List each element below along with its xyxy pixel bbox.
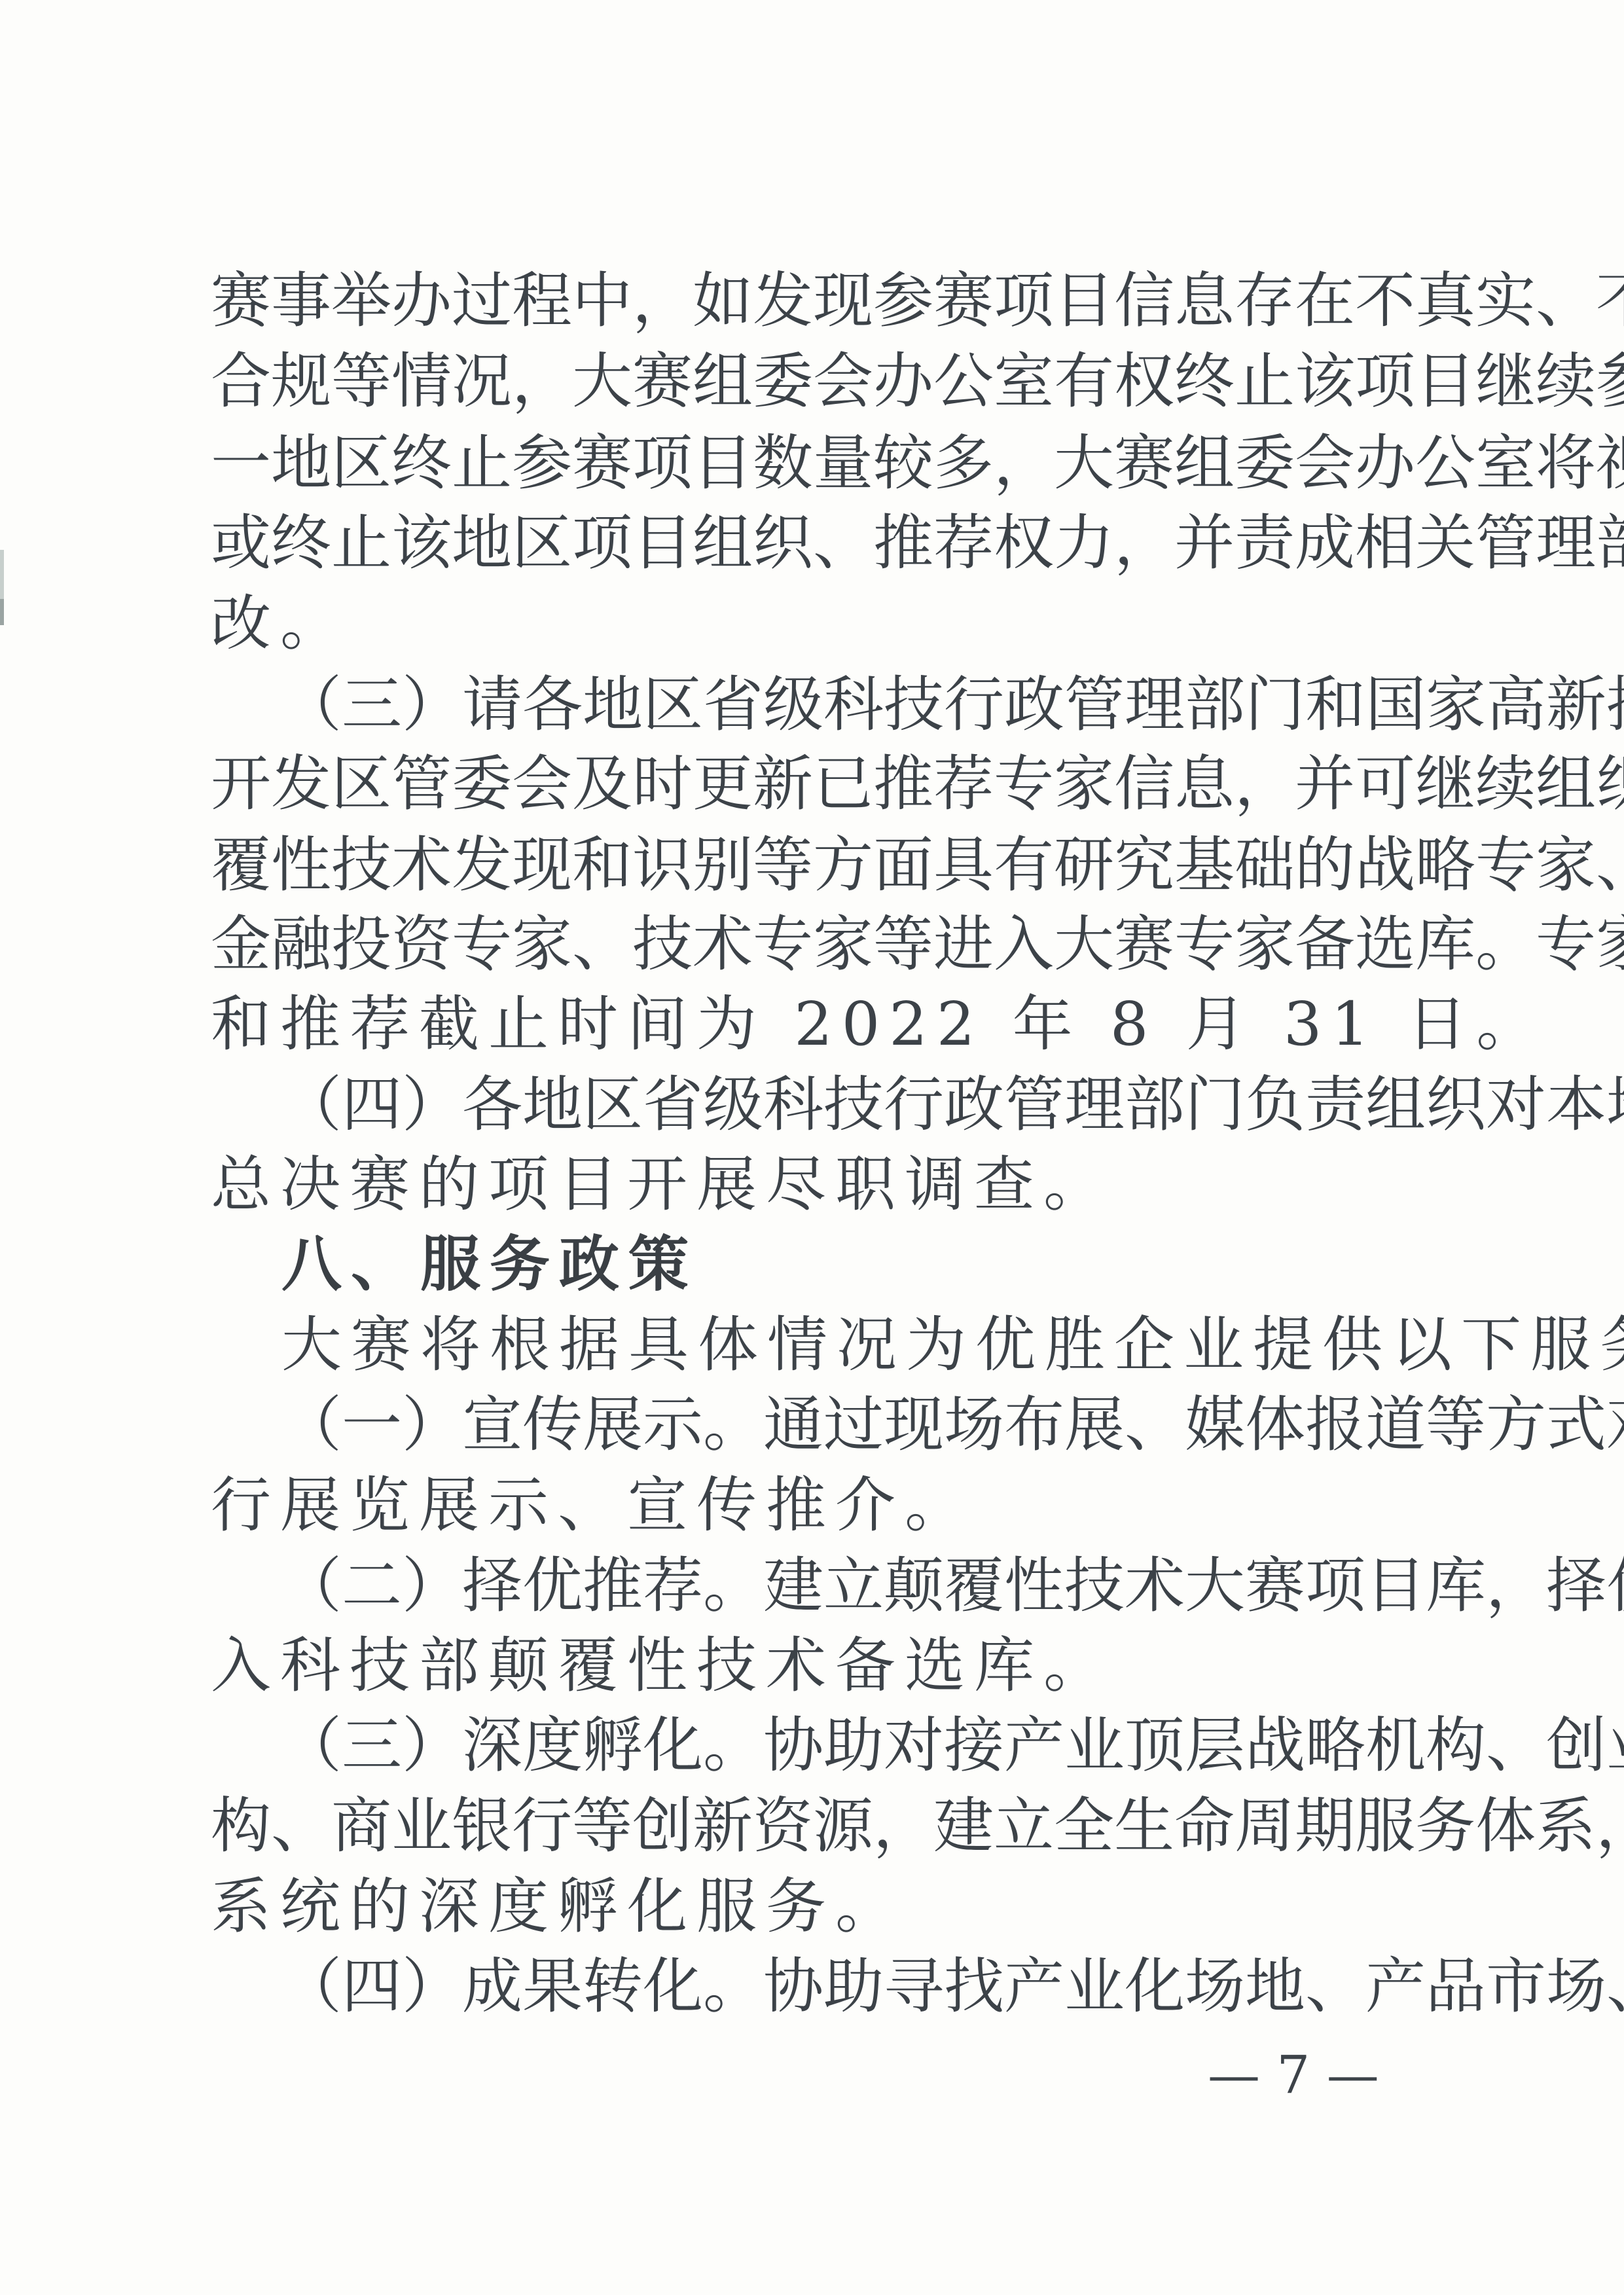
page-number: — 7 —: [1208, 2042, 1379, 2108]
paragraph-line: （二）择优推荐。建立颠覆性技术大赛项目库，择优推荐进: [281, 1547, 1409, 1625]
paragraph-line: 构、商业银行等创新资源，建立全生命周期服务体系，推动开展: [211, 1787, 1409, 1866]
paragraph-line: （四）各地区省级科技行政管理部门负责组织对本地区晋级: [281, 1066, 1409, 1144]
paragraph-line: 合规等情况，大赛组委会办公室有权终止该项目继续参赛，如同: [211, 342, 1409, 421]
paragraph-line: （四）成果转化。协助寻找产业化场地、产品市场、产业化: [281, 1947, 1409, 2026]
paragraph-line: 和推荐截止时间为 2022 年 8 月 31 日。: [211, 985, 1409, 1064]
paragraph-line: （一）宣传展示。通过现场布展、媒体报道等方式对项目进: [281, 1386, 1409, 1464]
section-heading: 八、服务政策: [281, 1225, 1409, 1304]
paragraph-line: 大赛将根据具体情况为优胜企业提供以下服务:: [281, 1306, 1409, 1384]
paragraph-line: 系统的深度孵化服务。: [211, 1868, 1409, 1946]
document-page: 赛事举办过程中，如发现参赛项目信息存在不真实、不完整、不合规等情况，大赛组委会办…: [0, 0, 1624, 2295]
paragraph-line: 覆性技术发现和识别等方面具有研究基础的战略专家、行业专家、: [211, 826, 1409, 905]
paragraph-line: 行展览展示、宣传推介。: [211, 1466, 1409, 1545]
paragraph-line: 或终止该地区项目组织、推荐权力，并责成相关管理部门进行整: [211, 504, 1409, 583]
paragraph-line: 入科技部颠覆性技术备选库。: [211, 1627, 1409, 1705]
paragraph-line: 开发区管委会及时更新已推荐专家信息，并可继续组织推荐在颠: [211, 745, 1409, 823]
paragraph-line: （三）请各地区省级科技行政管理部门和国家高新技术产业: [281, 666, 1409, 744]
paragraph-line: 金融投资专家、技术专家等进入大赛专家备选库。专家信息更新: [211, 905, 1409, 984]
paragraph-line: 总决赛的项目开展尽职调查。: [211, 1146, 1409, 1224]
paragraph-line: 一地区终止参赛项目数量较多，大赛组委会办公室将视情况暂停: [211, 424, 1409, 503]
scan-edge-mark: [0, 599, 4, 625]
paragraph-line: 赛事举办过程中，如发现参赛项目信息存在不真实、不完整、不: [211, 262, 1409, 340]
paragraph-line: 改。: [211, 585, 1409, 663]
paragraph-line: （三）深度孵化。协助对接产业顶层战略机构、创业投资机: [281, 1707, 1409, 1785]
